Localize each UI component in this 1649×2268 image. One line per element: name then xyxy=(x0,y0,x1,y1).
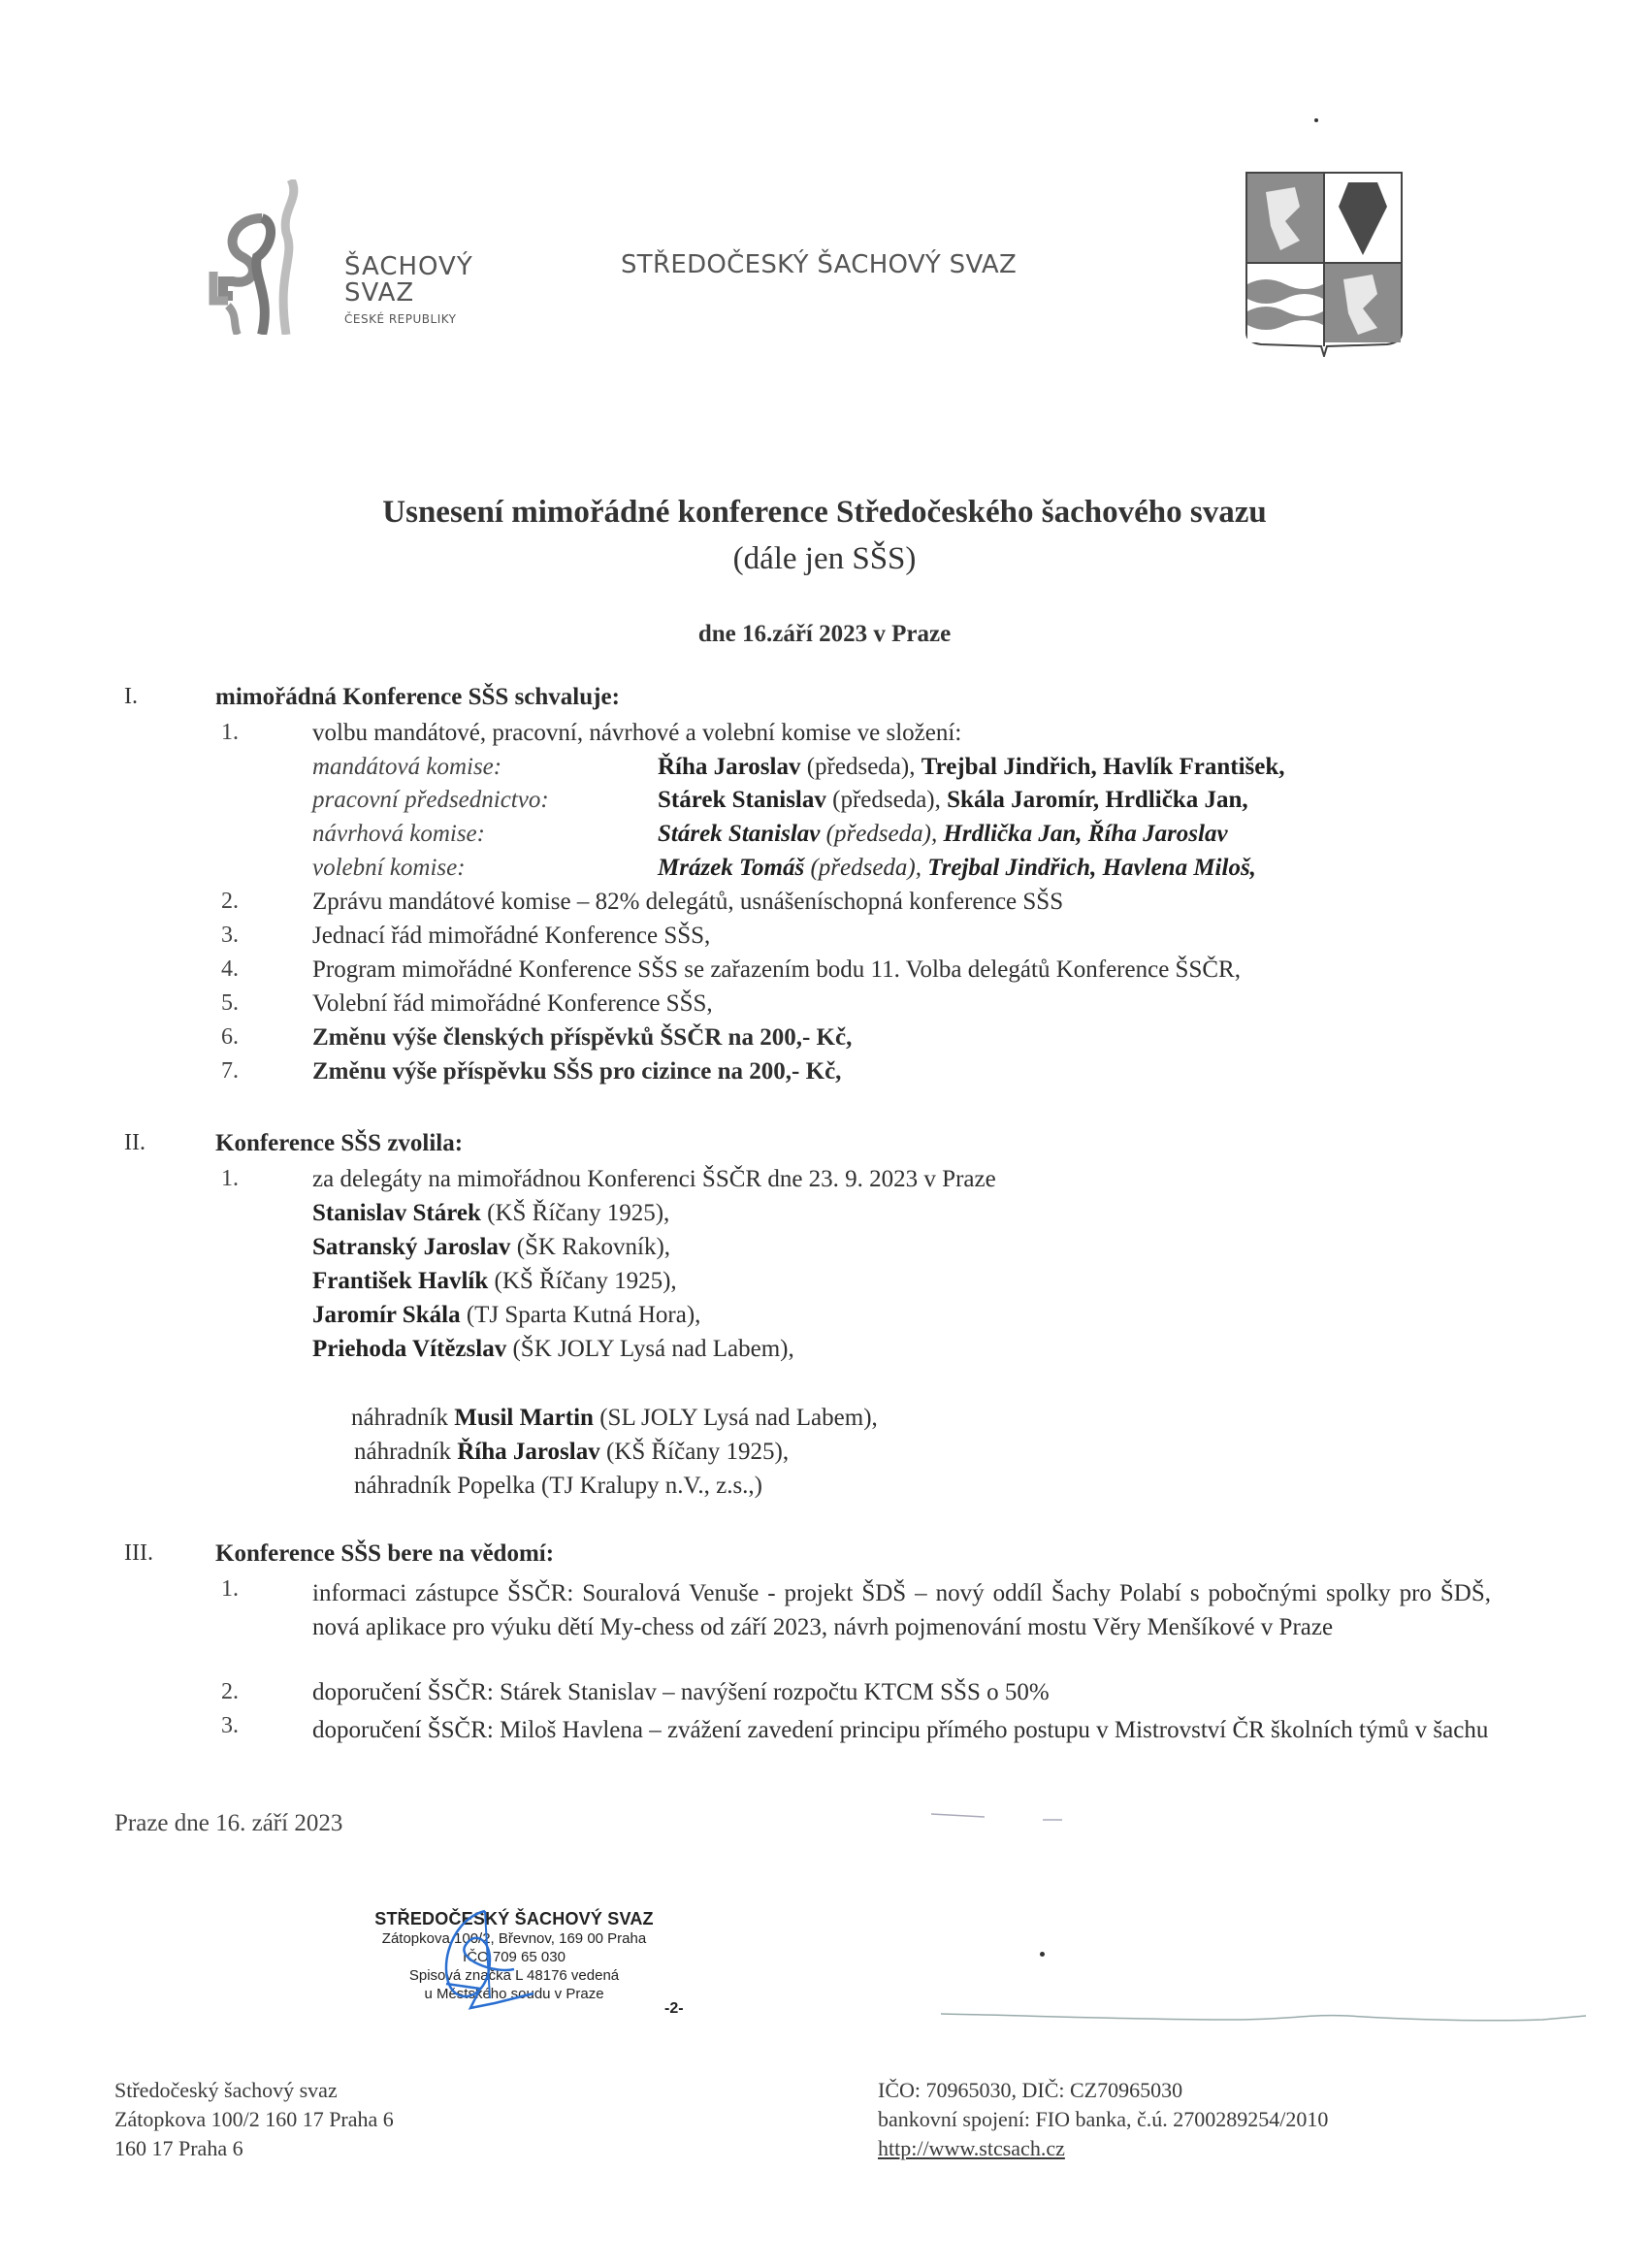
delegate-club: (KŠ Říčany 1925), xyxy=(487,1200,669,1226)
committee-chair: Mrázek Tomáš xyxy=(658,855,804,881)
delegate: Jaromír Skála (TJ Sparta Kutná Hora), xyxy=(312,1302,700,1329)
item-number: 2. xyxy=(221,889,239,915)
section-3-heading: Konference SŠS bere na vědomí: xyxy=(215,1540,554,1568)
section-1-heading: mimořádná Konference SŠS schvaluje: xyxy=(215,684,620,711)
delegate: Priehoda Vítězslav (ŠK JOLY Lysá nad Lab… xyxy=(312,1336,794,1363)
place-date: Praze dne 16. září 2023 xyxy=(114,1810,342,1837)
footer-address: Středočeský šachový svaz Zátopkova 100/2… xyxy=(114,2076,394,2163)
substitute: náhradník Popelka (TJ Kralupy n.V., z.s.… xyxy=(354,1473,762,1500)
delegate: František Havlík (KŠ Říčany 1925), xyxy=(312,1268,677,1295)
section-3-numeral: III. xyxy=(124,1540,153,1567)
substitute-club: (SL JOLY Lysá nad Labem), xyxy=(599,1405,878,1431)
scan-speck xyxy=(1040,1952,1045,1957)
delegate-club: (TJ Sparta Kutná Hora), xyxy=(467,1302,701,1328)
central-bohemian-coat-of-arms-icon xyxy=(1242,168,1406,357)
delegate-club: (KŠ Říčany 1925), xyxy=(495,1268,677,1294)
delegate-name: Satranský Jaroslav xyxy=(312,1234,510,1260)
logo-line-3: ČESKÉ REPUBLIKY xyxy=(344,313,473,326)
item-number: 5. xyxy=(221,990,239,1017)
item-number: 3. xyxy=(221,1713,239,1739)
item-number: 1. xyxy=(221,1576,239,1603)
item-number: 4. xyxy=(221,956,239,983)
committee-member: Hrdlička Jan, xyxy=(943,821,1082,847)
substitute: náhradník Musil Martin (SL JOLY Lysá nad… xyxy=(351,1405,878,1432)
scan-speck xyxy=(1314,118,1318,122)
substitute: náhradník Říha Jaroslav (KŠ Říčany 1925)… xyxy=(354,1439,789,1466)
committee-member: Skála Jaromír, xyxy=(947,787,1099,813)
logo-wordmark: ŠACHOVÝ SVAZ ČESKÉ REPUBLIKY xyxy=(344,254,473,325)
blue-signature-icon xyxy=(417,1901,553,2037)
substitute-prefix: náhradník xyxy=(351,1405,448,1431)
item-number: 1. xyxy=(221,1166,239,1192)
delegate: Satranský Jaroslav (ŠK Rakovník), xyxy=(312,1234,670,1261)
committee-members: Říha Jaroslav (předseda), Trejbal Jindři… xyxy=(658,754,1285,781)
substitute-prefix: náhradník xyxy=(354,1473,451,1499)
committee-member: Říha Jaroslav xyxy=(1088,821,1228,847)
item-number: 1. xyxy=(221,720,239,746)
chair-note: (předseda), xyxy=(810,855,921,881)
footer-org: Středočeský šachový svaz xyxy=(114,2076,394,2105)
delegate-club: (ŠK JOLY Lysá nad Labem), xyxy=(512,1336,793,1362)
item-text: doporučení ŠSČR: Stárek Stanislav – navý… xyxy=(312,1679,1050,1706)
document-subtitle: (dále jen SŠS) xyxy=(0,541,1649,577)
chair-note: (předseda), xyxy=(807,754,916,780)
pen-mark xyxy=(931,1810,1096,1822)
delegate-name: Priehoda Vítězslav xyxy=(312,1336,506,1362)
delegate-name: Stanislav Stárek xyxy=(312,1200,481,1226)
footer-street: Zátopkova 100/2 160 17 Praha 6 xyxy=(114,2105,394,2134)
page-number: -2- xyxy=(664,2000,684,2018)
substitute-prefix: náhradník xyxy=(354,1439,451,1465)
section-2-numeral: II. xyxy=(124,1130,145,1156)
document-title: Usnesení mimořádné konference Středočesk… xyxy=(0,495,1649,531)
item-text: Jednací řád mimořádné Konference SŠS, xyxy=(312,923,710,950)
committee-members: Stárek Stanislav (předseda), Hrdlička Ja… xyxy=(658,821,1228,848)
committee-members: Mrázek Tomáš (předseda), Trejbal Jindřic… xyxy=(658,855,1256,882)
item-text: Změnu výše členských příspěvků ŠSČR na 2… xyxy=(312,1024,852,1052)
item-text: doporučení ŠSČR: Miloš Havlena – zvážení… xyxy=(312,1713,1491,1747)
footer-ids: IČO: 70965030, DIČ: CZ70965030 xyxy=(878,2076,1328,2105)
delegate: Stanislav Stárek (KŠ Říčany 1925), xyxy=(312,1200,669,1227)
delegate-name: Jaromír Skála xyxy=(312,1302,461,1328)
committee-members: Stárek Stanislav (předseda), Skála Jarom… xyxy=(658,787,1248,814)
substitute-name: Popelka xyxy=(457,1473,535,1499)
committee-chair: Stárek Stanislav xyxy=(658,787,826,813)
substitute-club: (KŠ Říčany 1925), xyxy=(606,1439,789,1465)
item-number: 2. xyxy=(221,1679,239,1705)
item-text: za delegáty na mimořádnou Konferenci ŠSČ… xyxy=(312,1166,996,1193)
committee-label: pracovní předsednictvo: xyxy=(312,787,549,814)
committee-member: Trejbal Jindřich, xyxy=(921,754,1097,780)
item-number: 6. xyxy=(221,1024,239,1051)
item-text: Program mimořádné Konference SŠS se zařa… xyxy=(312,956,1241,984)
document-date: dne 16.září 2023 v Praze xyxy=(0,621,1649,648)
delegate-name: František Havlík xyxy=(312,1268,488,1294)
item-text: Zprávu mandátové komise – 82% delegátů, … xyxy=(312,889,1063,916)
substitute-name: Říha Jaroslav xyxy=(457,1439,599,1465)
committee-chair: Říha Jaroslav xyxy=(658,754,800,780)
delegate-club: (ŠK Rakovník), xyxy=(517,1234,670,1260)
committee-chair: Stárek Stanislav xyxy=(658,821,820,847)
footer-city: 160 17 Praha 6 xyxy=(114,2134,394,2163)
org-title: STŘEDOČESKÝ ŠACHOVÝ SVAZ xyxy=(621,250,1017,279)
section-2-heading: Konference SŠS zvolila: xyxy=(215,1130,463,1157)
item-text: volbu mandátové, pracovní, návrhové a vo… xyxy=(312,720,961,747)
substitute-club: (TJ Kralupy n.V., z.s.,) xyxy=(541,1473,762,1499)
committee-member: Trejbal Jindřich, xyxy=(927,855,1096,881)
committee-label: mandátová komise: xyxy=(312,754,501,781)
item-text: Změnu výše příspěvku SŠS pro cizince na … xyxy=(312,1058,841,1085)
logo-line-1: ŠACHOVÝ xyxy=(344,254,473,280)
item-number: 7. xyxy=(221,1058,239,1085)
committee-member: Havlík František, xyxy=(1103,754,1285,780)
footer-bank: bankovní spojení: FIO banka, č.ú. 270028… xyxy=(878,2105,1328,2134)
item-number: 3. xyxy=(221,923,239,949)
chair-note: (předseda), xyxy=(826,821,938,847)
committee-label: volební komise: xyxy=(312,855,466,882)
item-text: Volební řád mimořádné Konference SŠS, xyxy=(312,990,713,1018)
separator-line xyxy=(941,2008,1620,2027)
section-1-numeral: I. xyxy=(124,684,138,710)
substitute-name: Musil Martin xyxy=(454,1405,594,1431)
item-text: informaci zástupce ŠSČR: Souralová Venuš… xyxy=(312,1576,1491,1644)
chair-note: (předseda), xyxy=(832,787,941,813)
committee-label: návrhová komise: xyxy=(312,821,485,848)
committee-member: Havlena Miloš, xyxy=(1103,855,1256,881)
footer-company-info: IČO: 70965030, DIČ: CZ70965030 bankovní … xyxy=(878,2076,1328,2163)
committee-member: Hrdlička Jan, xyxy=(1105,787,1247,813)
website-link[interactable]: http://www.stcsach.cz xyxy=(878,2136,1065,2160)
logo-line-2: SVAZ xyxy=(344,280,473,307)
